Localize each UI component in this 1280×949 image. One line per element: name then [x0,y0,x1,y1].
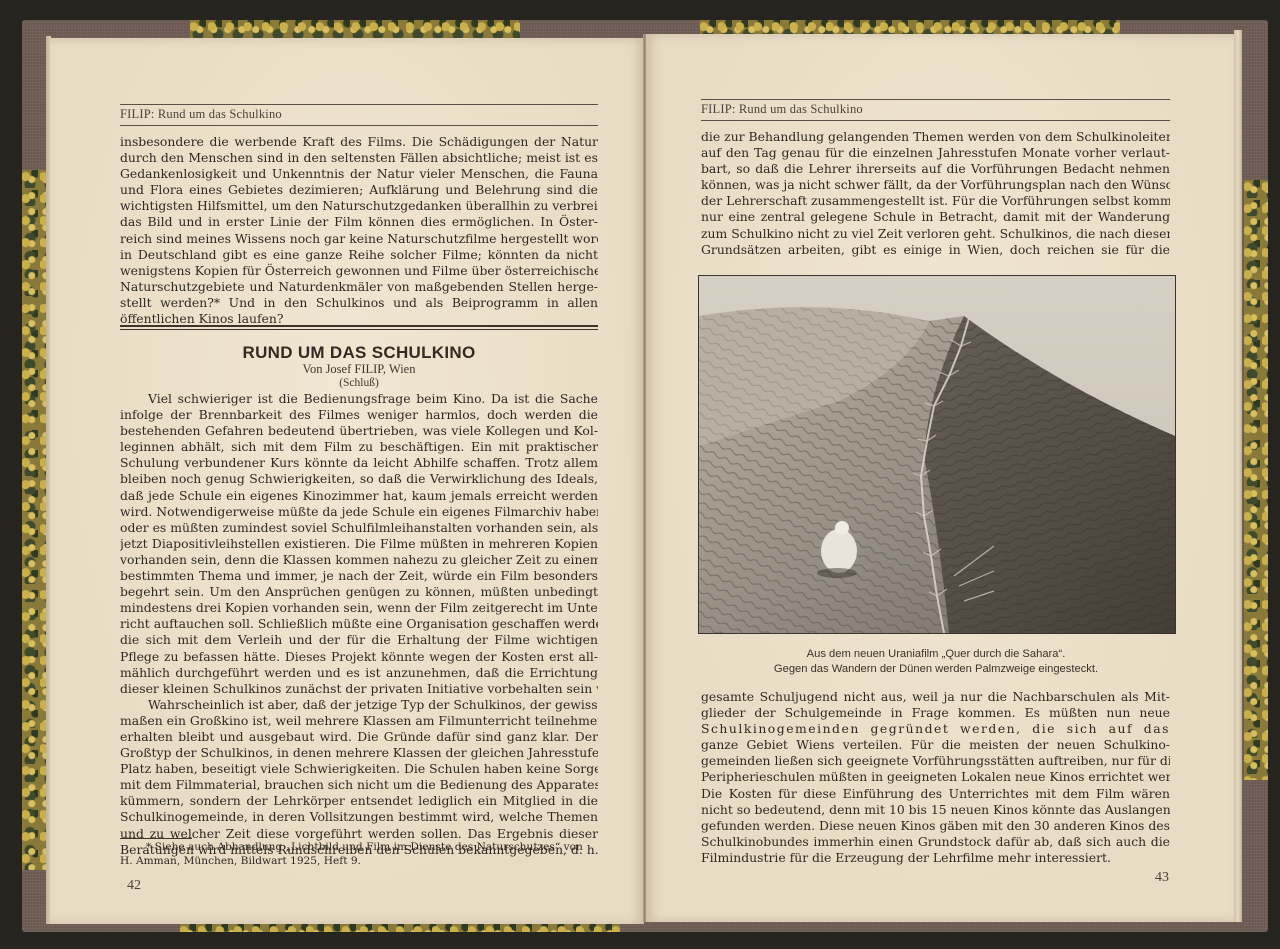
left-running-head: FILIP: Rund um das Schulkino [120,104,598,126]
text-line: infolge der Brennbarkeit des Filmes weni… [120,407,598,423]
text-line: wenigstens Kopien für Österreich gewonne… [120,263,598,279]
page-stack-edge-right [1234,30,1242,922]
article-title: RUND UM DAS SCHULKINO [120,343,598,363]
sahara-dune-photo [698,275,1176,634]
footnote-line: H. Amman, München, Bildwart 1925, Heft 9… [120,854,598,868]
text-line: Schulung verbundener Kurs könnte da leic… [120,455,598,471]
text-line: erhalten bleibt und ausgebaut wird. Die … [120,729,598,745]
text-line: zum Schulkino nicht zu viel Zeit verlore… [701,226,1170,242]
text-line: gesamte Schuljugend nicht aus, weil ja n… [701,689,1170,705]
text-line: Schulkinobundes immerhin einen Grundstoc… [701,834,1170,850]
text-line: wichtigsten Hilfsmittel, um den Natursch… [120,198,598,214]
text-line: können, was ja nicht schwer fällt, da de… [701,177,1170,193]
text-line: bleiben noch genug Schwierigkeiten, so d… [120,471,598,487]
text-line: auf den Tag genau für die einzelnen Jahr… [701,145,1170,161]
text-line: nicht so bedeutend, denn mit 10 bis 15 n… [701,802,1170,818]
text-line: bestimmten Thema und immer, je nach der … [120,568,598,584]
text-line: gemeinden ließen sich geeignete Vorführu… [701,753,1170,769]
text-line: jetzt Diapositivleihstellen existieren. … [120,536,598,552]
article-byline: Von Josef FILIP, Wien [120,362,598,377]
section-divider [120,325,598,330]
caption-line-2: Gegen das Wandern der Dünen werden Palmz… [698,662,1174,677]
marbled-cover-bottom [180,924,620,932]
text-line: oder es müßten zumindest soviel Schulfil… [120,520,598,536]
text-line: gefunden werden. Diese neuen Kinos gäben… [701,818,1170,834]
text-line: wird. Notwendigerweise müßte da jede Sch… [120,504,598,520]
text-line: Filmindustrie für die Erzeugung der Lehr… [701,850,1170,866]
footnote: * Siehe auch Abhandlung „Lichtbild und F… [120,840,598,868]
text-line: Grundsätzen arbeiten, gibt es einige in … [701,242,1170,258]
text-line: insbesondere die werbende Kraft des Film… [120,134,598,150]
right-body-bottom: gesamte Schuljugend nicht aus, weil ja n… [701,689,1170,866]
text-line: Wahrscheinlich ist aber, daß der jetzige… [120,697,598,713]
text-line: in Deutschland gibt es eine ganze Reihe … [120,247,598,263]
text-line: Viel schwieriger ist die Bedienungsfrage… [120,391,598,407]
text-line: die sich mit dem Verleih und der für die… [120,632,598,648]
right-body-top: die zur Behandlung gelangenden Themen we… [701,129,1170,258]
text-line: Pflege zu befassen hätte. Dieses Projekt… [120,649,598,665]
text-line: mählich durchgeführt werden und es ist a… [120,665,598,681]
text-line: ganze Gebiet Wiens verteilen. Für die me… [701,737,1170,753]
marbled-cover-top-right [700,20,1120,34]
figure-caption: Aus dem neuen Uraniafilm „Quer durch die… [698,647,1174,677]
text-line: bestehenden Gefahren bedeutend übertrieb… [120,423,598,439]
text-line: maßen ein Großkino ist, weil mehrere Kla… [120,713,598,729]
text-line: Peripherieschulen müßten in geeigneten L… [701,769,1170,785]
page-number-right: 43 [1155,870,1169,886]
text-line: mindestens drei Kopien vorhanden sein, w… [120,600,598,616]
marbled-cover-right [1244,180,1268,780]
text-line: vorhanden sein, denn die Klassen kommen … [120,552,598,568]
text-line: stellt werden?* Und in den Schulkinos un… [120,295,598,311]
right-running-head: FILIP: Rund um das Schulkino [701,99,1170,121]
text-line: begehrt sein. Um den Ansprüchen genügen … [120,584,598,600]
text-line: der Lehrerschaft zusammengestellt ist. F… [701,193,1170,209]
text-line: dieser kleinen Schulkinos zunächst der p… [120,681,598,697]
text-line: und Flora eines Gebietes dezimieren; Auf… [120,182,598,198]
text-line: Die Kosten für diese Einführung des Unte… [701,786,1170,802]
text-line: das Bild und in erster Linie der Film kö… [120,214,598,230]
text-line: nur eine zentral gelegene Schule in Betr… [701,209,1170,225]
text-line: mit dem Filmmaterial, brauchen sich nich… [120,777,598,793]
text-line: richt auftauchen soll. Schließlich müßte… [120,616,598,632]
text-line: Schulkinogemeinde, in deren Vollsitzunge… [120,809,598,825]
text-line: Platz haben, beseitigt viele Schwierigke… [120,761,598,777]
text-line: Gedankenlosigkeit und Unkenntnis der Nat… [120,166,598,182]
left-continuation-text: insbesondere die werbende Kraft des Film… [120,134,598,327]
page-number-left: 42 [127,878,141,894]
article-body-left: Viel schwieriger ist die Bedienungsfrage… [120,391,598,858]
text-line: bart, so daß die Lehrer ihrerseits auf d… [701,161,1170,177]
text-line: daß jede Schule ein eigenes Kinozimmer h… [120,488,598,504]
text-line: kümmern, sondern der Lehrkörper entsende… [120,793,598,809]
text-line: Naturschutzgebiete und Naturdenkmäler vo… [120,279,598,295]
footnote-rule [120,838,192,839]
marbled-cover-top-left [190,20,520,38]
dune-illustration [699,276,1175,633]
text-line: die zur Behandlung gelangenden Themen we… [701,129,1170,145]
footnote-line: * Siehe auch Abhandlung „Lichtbild und F… [120,840,598,854]
text-line: leginnen abhält, sich mit dem Film zu be… [120,439,598,455]
text-line: Großtyp der Schulkinos, in denen mehrere… [120,745,598,761]
article-continuation-note: (Schluß) [120,377,598,389]
text-line: Schulkinogemeinden gegründet werden, die… [701,721,1170,737]
text-line: durch den Menschen sind in den seltenste… [120,150,598,166]
text-line: glieder der Schulgemeinde in Frage komme… [701,705,1170,721]
caption-line-1: Aus dem neuen Uraniafilm „Quer durch die… [698,647,1174,662]
text-line: reich sind meines Wissens noch gar keine… [120,231,598,247]
